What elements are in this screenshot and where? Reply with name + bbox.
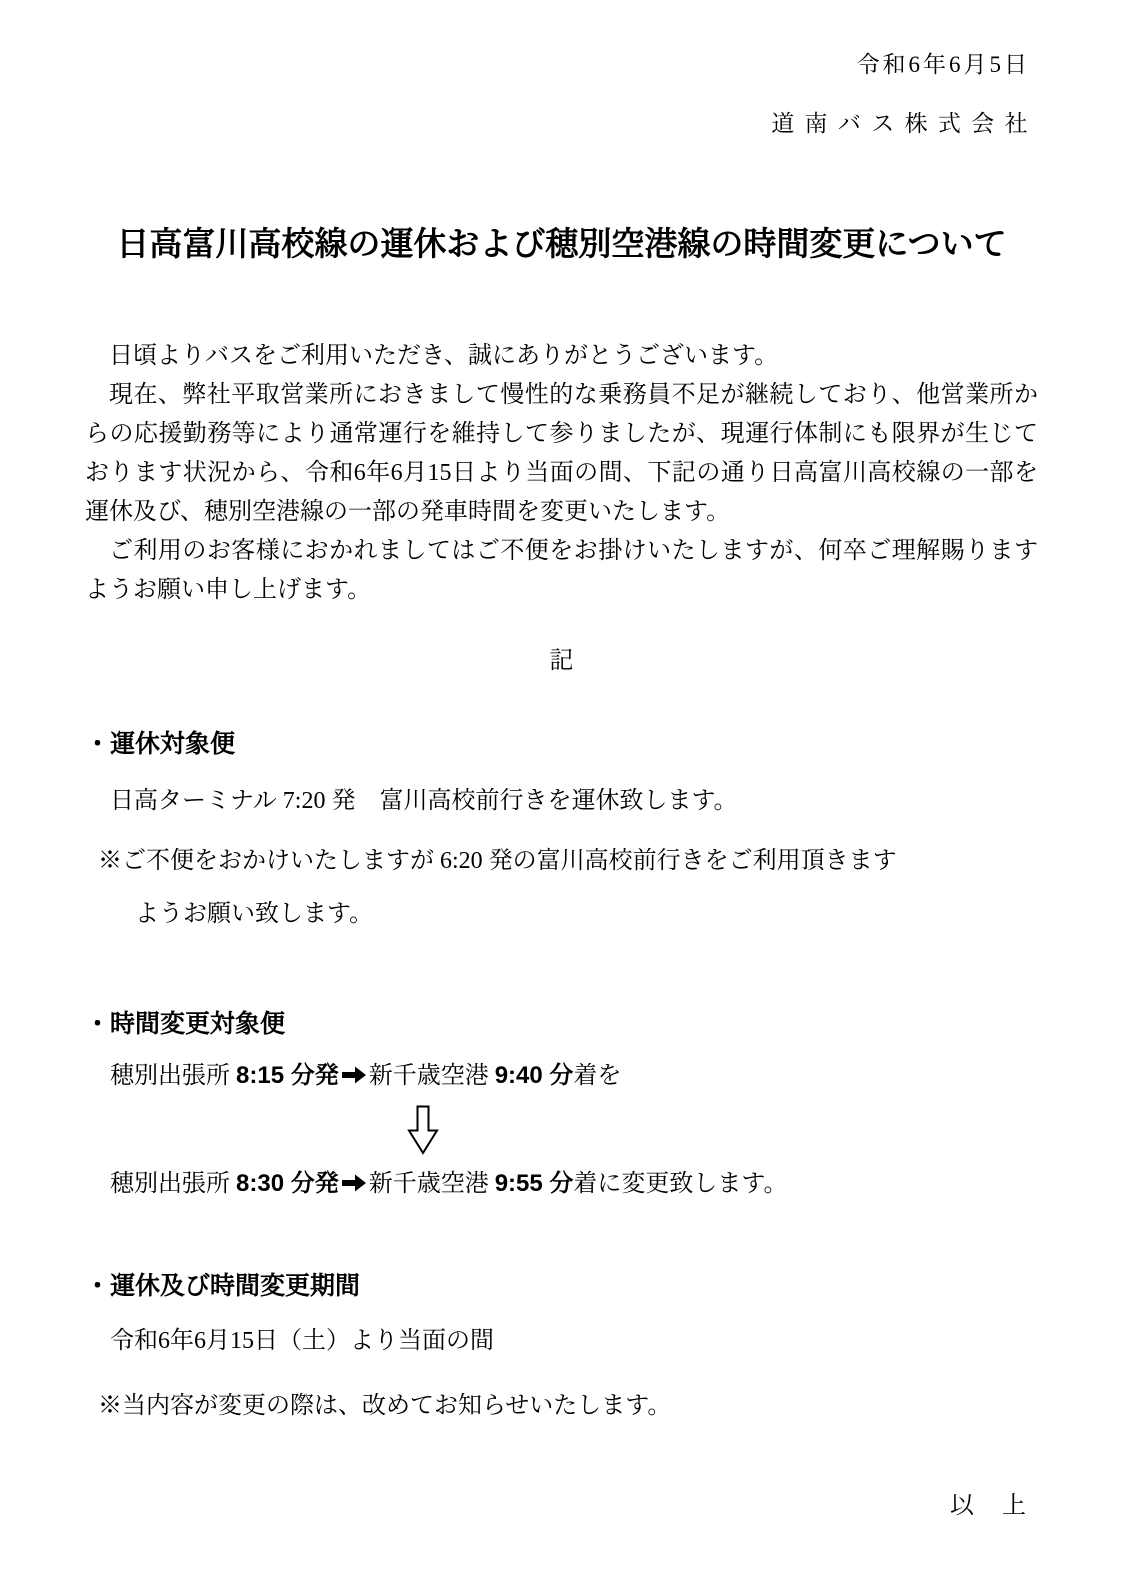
time-change-heading: ・時間変更対象便 [85, 1007, 1038, 1041]
time-change-before-line: 穂別出張所 8:15 分発新千歳空港 9:40 分着を [85, 1059, 1038, 1095]
arrival-time-after: 9:55 分 [495, 1170, 574, 1197]
stop-from-label: 穂別出張所 [110, 1171, 236, 1197]
greeting-paragraph: 日頃よりバスをご利用いただき、誠にありがとうございます。 [85, 337, 1038, 376]
body-paragraph-2: ご利用のお客様におかれましてはご不便をお掛けいたしますが、何卒ご理解賜りますよう… [85, 532, 1038, 610]
stop-to-label: 新千歳空港 [369, 1171, 495, 1197]
suspension-heading: ・運休対象便 [85, 727, 1038, 761]
down-arrow-icon [407, 1105, 1038, 1157]
arrival-time-before: 9:40 分 [495, 1062, 574, 1089]
suspension-note-line1: ※ご不便をおかけいたしますが 6:20 発の富川高校前行きをご利用頂きます [85, 845, 1038, 878]
closing-mark: 以 上 [85, 1485, 1028, 1520]
right-arrow-icon [341, 1062, 367, 1095]
right-arrow-icon [341, 1170, 367, 1203]
section-period: ・運休及び時間変更期間 令和6年6月15日（土）より当面の間 ※当内容が変更の際… [85, 1269, 1038, 1423]
ki-marker: 記 [85, 640, 1038, 675]
time-change-after-line: 穂別出張所 8:30 分発新千歳空港 9:55 分着に変更致します。 [85, 1167, 1038, 1203]
section-suspension: ・運休対象便 日高ターミナル 7:20 発 富川高校前行きを運休致します。 ※ご… [85, 727, 1038, 931]
intro-block: 日頃よりバスをご利用いただき、誠にありがとうございます。 現在、弊社平取営業所に… [85, 337, 1038, 610]
before-line-tail: 着を [573, 1063, 621, 1089]
section-time-change: ・時間変更対象便 穂別出張所 8:15 分発新千歳空港 9:40 分着を 穂別出… [85, 1007, 1038, 1203]
page-title: 日高富川高校線の運休および穂別空港線の時間変更について [85, 218, 1038, 265]
after-line-tail: 着に変更致します。 [573, 1171, 787, 1197]
document-date: 令和6年6月5日 [85, 46, 1030, 79]
notice-document: 令和6年6月5日 道南バス株式会社 日高富川高校線の運休および穂別空港線の時間変… [0, 0, 1124, 1593]
departure-time-after: 8:30 分発 [236, 1170, 339, 1197]
period-note-line: ※当内容が変更の際は、改めてお知らせいたします。 [85, 1390, 1038, 1423]
body-paragraph-1: 現在、弊社平取営業所におきまして慢性的な乗務員不足が継続しており、他営業所からの… [85, 376, 1038, 532]
period-line: 令和6年6月15日（土）より当面の間 [85, 1325, 1038, 1358]
stop-to-label: 新千歳空港 [369, 1063, 495, 1089]
suspension-line: 日高ターミナル 7:20 発 富川高校前行きを運休致します。 [85, 785, 1038, 818]
stop-from-label: 穂別出張所 [110, 1063, 236, 1089]
suspension-note-line2: ようお願い致します。 [85, 898, 1038, 931]
company-name: 道南バス株式会社 [85, 105, 1038, 138]
departure-time-before: 8:15 分発 [236, 1062, 339, 1089]
period-heading: ・運休及び時間変更期間 [85, 1269, 1038, 1303]
